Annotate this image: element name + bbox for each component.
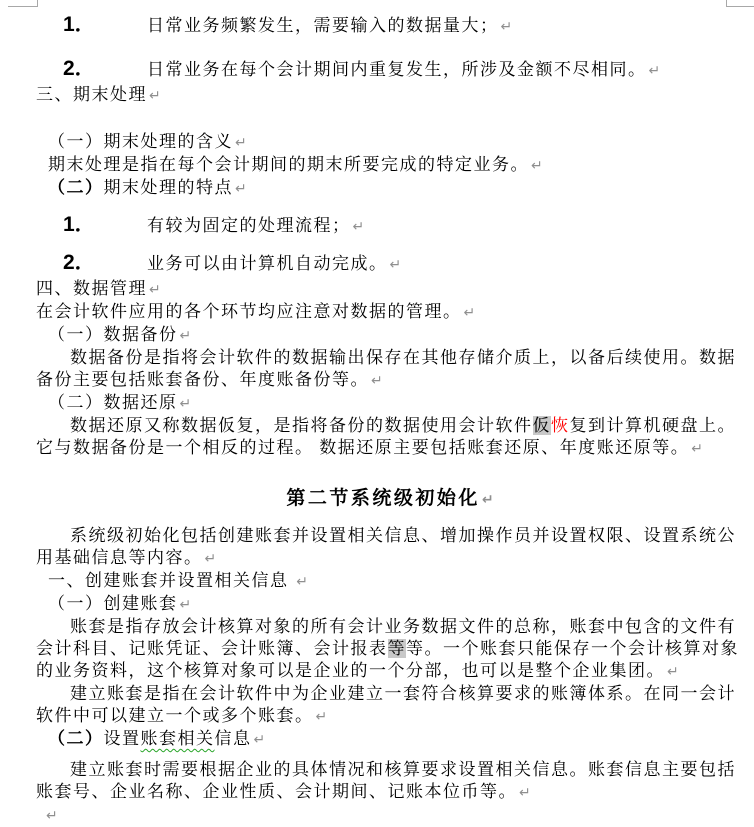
text-line[interactable]: 在会计软件应用的各个环节均应注意对数据的管理。↵ bbox=[36, 301, 744, 324]
paragraph-mark-icon: ↵ bbox=[178, 597, 192, 613]
paragraph-mark-icon: ↵ bbox=[369, 373, 383, 389]
text-segment: 账套是指存放会计核算对象的所有会计业务数据文件的总称，账套中包含的文件有 bbox=[70, 617, 736, 636]
text-segment: （二）数据还原 bbox=[48, 393, 178, 412]
text-segment: （一）创建账套 bbox=[48, 594, 178, 613]
text-line[interactable]: 数据还原又称数据仮复，是指将备份的数据使用会计软件仮恢复到计算机硬盘上。 bbox=[36, 415, 744, 437]
text-segment: 账套号、企业名称、企业性质、会计期间、记账本位币等。 bbox=[36, 782, 517, 788]
text-segment: 业务可以由计算机自动完成。 bbox=[147, 254, 388, 273]
text-segment: 建立账套时需要根据企业的具体情况和核算要求设置相关信息。账套信息主要包括 bbox=[70, 760, 736, 779]
paragraph-mark-icon: ↵ bbox=[388, 257, 402, 273]
text-line[interactable]: 它与数据备份是一个相反的过程。 数据还原主要包括账套还原、年度账还原等。↵ bbox=[36, 437, 744, 460]
text-line[interactable]: 会计科目、记账凭证、会计账簿、会计报表等等。一个账套只能保存一个会计核算对象 bbox=[36, 638, 744, 660]
text-line[interactable]: （一）创建账套↵ bbox=[36, 593, 744, 616]
text-segment: 期末处理是指在每个会计期间的期末所要完成的特定业务。 bbox=[48, 155, 529, 174]
text-line[interactable]: 备份主要包括账套备份、年度账备份等。↵ bbox=[36, 369, 744, 392]
paragraph-mark-icon: ↵ bbox=[689, 441, 703, 457]
text-segment: 系统级初始化包括创建账套并设置相关信息、增加操作员并设置权限、设置系统公 bbox=[70, 526, 736, 545]
text-segment: 数据还原又称数据仮复，是指将备份的数据使用会计软件 bbox=[70, 416, 533, 435]
text-segment: 信息 bbox=[215, 729, 252, 748]
text-line[interactable]: 软件中可以建立一个或多个账套。↵ bbox=[36, 705, 744, 728]
text-segment: 的业务资料，这个核算对象可以是企业的一个分部，也可以是整个企业集团。 bbox=[36, 661, 665, 680]
paragraph-mark-icon: ↵ bbox=[233, 135, 247, 151]
text-segment: 数据备份是指将会计软件的数据输出保存在其他存储介质上，以备后续使用。数据 bbox=[70, 348, 736, 367]
text-line[interactable]: （一）数据备份↵ bbox=[36, 324, 744, 347]
text-line[interactable]: 2．业务可以由计算机自动完成。↵ bbox=[36, 250, 744, 278]
paragraph-mark-icon: ↵ bbox=[480, 492, 494, 508]
text-line[interactable]: 的业务资料，这个核算对象可以是企业的一个分部，也可以是整个企业集团。↵ bbox=[36, 660, 744, 683]
text-segment: （二） bbox=[48, 729, 104, 748]
text-segment: 它与数据备份是一个相反的过程。 数据还原主要包括账套还原、年度账还原等。 bbox=[36, 438, 689, 457]
inserted-red-character: 恢 bbox=[551, 416, 570, 435]
text-segment: 在会计软件应用的各个环节均应注意对数据的管理。 bbox=[36, 302, 462, 321]
text-segment: 建立账套是指在会计软件中为企业建立一套符合核算要求的账簿体系。在同一会计 bbox=[70, 684, 736, 703]
text-segment: 用基础信息等内容。 bbox=[36, 548, 203, 567]
text-line[interactable]: 数据备份是指将会计软件的数据输出保存在其他存储介质上，以备后续使用。数据 bbox=[36, 347, 744, 369]
text-line[interactable]: （二）设置账套相关信息↵ bbox=[36, 728, 744, 751]
text-line[interactable]: 1．有较为固定的处理流程；↵ bbox=[36, 212, 744, 240]
list-number: 2． bbox=[63, 56, 147, 82]
text-line[interactable]: 账套号、企业名称、企业性质、会计期间、记账本位币等。↵ bbox=[36, 781, 744, 788]
text-segment: （一）期末处理的含义 bbox=[48, 132, 233, 151]
text-line[interactable]: 1．日常业务频繁发生，需要输入的数据量大；↵ bbox=[36, 12, 744, 40]
text-segment: 一、创建账套并设置相关信息 bbox=[48, 571, 294, 590]
text-segment: 有较为固定的处理流程； bbox=[147, 216, 351, 235]
text-segment: 期末处理的特点 bbox=[104, 178, 234, 197]
text-line[interactable]: 2．日常业务在每个会计期间内重复发生，所涉及金额不尽相同。↵ bbox=[36, 56, 744, 84]
text-segment: 等。一个账套只能保存一个会计核算对象 bbox=[406, 639, 739, 658]
paragraph-mark-icon: ↵ bbox=[147, 88, 161, 104]
highlighted-character: 等 bbox=[388, 639, 407, 658]
text-line[interactable]: 三、期末处理↵ bbox=[36, 84, 744, 107]
text-segment: 软件中可以建立一个或多个账套。 bbox=[36, 706, 314, 725]
text-line[interactable]: （二）数据还原↵ bbox=[36, 392, 744, 415]
paragraph-mark-icon: ↵ bbox=[665, 664, 679, 680]
text-segment: 会计科目、记账凭证、会计账簿、会计报表 bbox=[36, 639, 388, 658]
text-line[interactable]: 建立账套时需要根据企业的具体情况和核算要求设置相关信息。账套信息主要包括 bbox=[36, 759, 744, 781]
paragraph-mark-icon: ↵ bbox=[294, 574, 308, 590]
grammar-squiggle-text: 账套相关 bbox=[141, 729, 215, 748]
paragraph-mark-icon: ↵ bbox=[178, 396, 192, 412]
text-segment: 四、数据管理 bbox=[36, 279, 147, 298]
text-line[interactable]: （一）期末处理的含义↵ bbox=[36, 131, 744, 154]
document-page[interactable]: 1．日常业务频繁发生，需要输入的数据量大；↵2．日常业务在每个会计期间内重复发生… bbox=[0, 0, 754, 788]
text-segment: 复到计算机硬盘上。 bbox=[570, 416, 737, 435]
text-line[interactable]: （二）期末处理的特点↵ bbox=[36, 177, 744, 200]
text-line[interactable]: 四、数据管理↵ bbox=[36, 278, 744, 301]
highlighted-character: 仮 bbox=[533, 416, 552, 435]
paragraph-mark-icon: ↵ bbox=[314, 709, 328, 725]
text-line[interactable]: 账套是指存放会计核算对象的所有会计业务数据文件的总称，账套中包含的文件有 bbox=[36, 616, 744, 638]
text-line[interactable]: 用基础信息等内容。↵ bbox=[36, 547, 744, 570]
text-segment: 备份主要包括账套备份、年度账备份等。 bbox=[36, 370, 369, 389]
paragraph-mark-icon: ↵ bbox=[647, 63, 661, 79]
paragraph-mark-icon: ↵ bbox=[462, 305, 476, 321]
section-heading-line[interactable]: 第二节系统级初始化↵ bbox=[36, 486, 744, 513]
paragraph-mark-icon: ↵ bbox=[233, 181, 247, 197]
text-line[interactable]: 系统级初始化包括创建账套并设置相关信息、增加操作员并设置权限、设置系统公 bbox=[36, 525, 744, 547]
text-line[interactable]: 建立账套是指在会计软件中为企业建立一套符合核算要求的账簿体系。在同一会计 bbox=[36, 683, 744, 705]
text-line[interactable]: 一、创建账套并设置相关信息 ↵ bbox=[36, 570, 744, 593]
paragraph-mark-icon: ↵ bbox=[252, 732, 266, 748]
text-segment: 日常业务在每个会计期间内重复发生，所涉及金额不尽相同。 bbox=[147, 60, 647, 79]
text-line[interactable]: 期末处理是指在每个会计期间的期末所要完成的特定业务。↵ bbox=[36, 154, 744, 177]
text-segment: 三、期末处理 bbox=[36, 85, 147, 104]
paragraph-mark-icon: ↵ bbox=[203, 551, 217, 567]
text-segment: 日常业务频繁发生，需要输入的数据量大； bbox=[147, 16, 499, 35]
paragraph-mark-icon: ↵ bbox=[351, 219, 365, 235]
list-number: 1． bbox=[63, 12, 147, 38]
paragraph-mark-icon: ↵ bbox=[529, 158, 543, 174]
paragraph-mark-icon: ↵ bbox=[147, 282, 161, 298]
paragraph-mark-icon: ↵ bbox=[499, 19, 513, 35]
text-segment: 设置 bbox=[104, 729, 141, 748]
list-number: 1． bbox=[63, 212, 147, 238]
text-segment: （二） bbox=[48, 178, 104, 197]
text-segment: （一）数据备份 bbox=[48, 325, 178, 344]
paragraph-mark-icon: ↵ bbox=[178, 328, 192, 344]
list-number: 2． bbox=[63, 250, 147, 276]
text-segment: 第二节系统级初始化 bbox=[286, 488, 480, 509]
